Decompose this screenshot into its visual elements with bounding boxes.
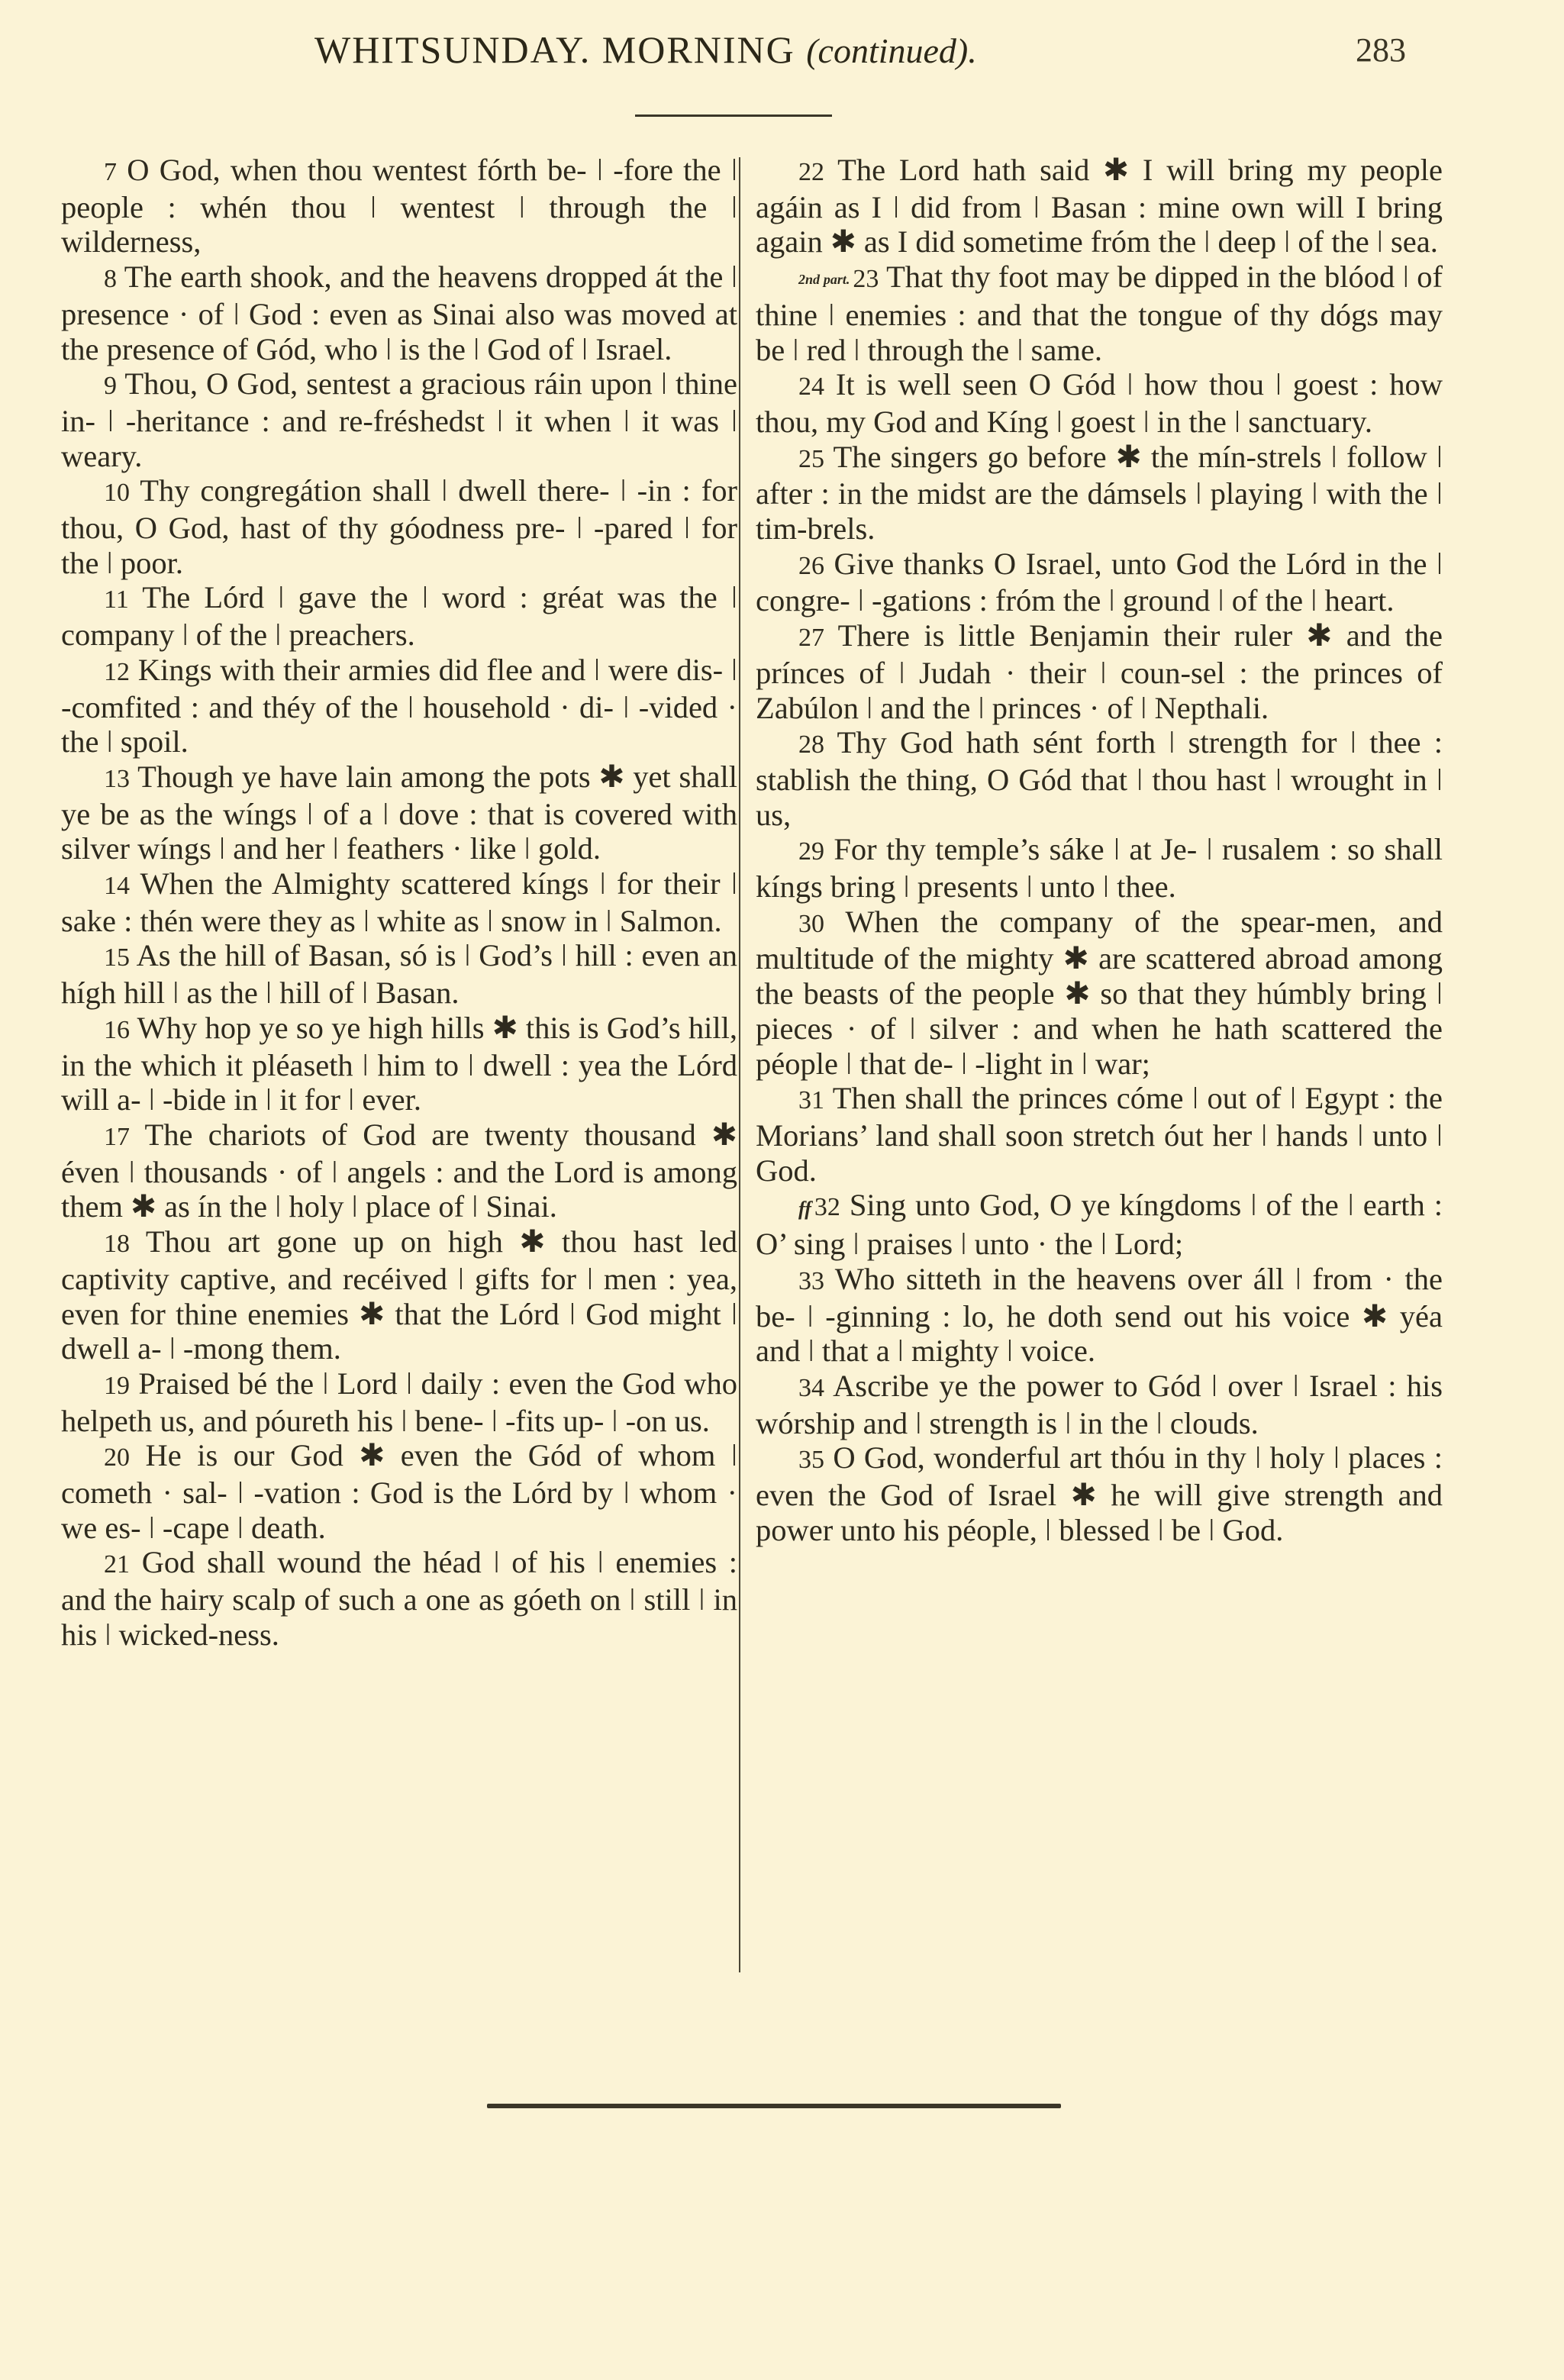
verse-text: The earth shook, and the heavens dropped…	[61, 260, 737, 366]
verse-number: 33	[798, 1267, 824, 1295]
psalm-verse: 22 The Lord hath said ✱ I will bring my …	[756, 153, 1443, 260]
psalm-verse: 29 For thy temple’s sáke ǀ at Je- ǀ rusa…	[756, 832, 1443, 904]
verse-number: 22	[798, 158, 824, 186]
verse-text: Why hop ye so ye high hills ✱ this is Go…	[61, 1011, 737, 1117]
verse-text: Then shall the princes cóme ǀ out of ǀ E…	[756, 1081, 1443, 1187]
verse-number: 19	[104, 1372, 130, 1400]
verse-number: 25	[798, 445, 824, 473]
verse-number: 12	[104, 658, 130, 686]
psalm-verse: 21 God shall wound the héad ǀ of his ǀ e…	[61, 1545, 737, 1652]
psalm-verse: 25 The singers go before ✱ the mín-strel…	[756, 440, 1443, 547]
verse-text: O God, when thou wentest fórth be- ǀ -fo…	[61, 153, 737, 259]
verse-text: Thou art gone up on high ✱ thou hast led…	[61, 1224, 737, 1366]
verse-number: 10	[104, 479, 130, 507]
verse-number: 28	[798, 730, 824, 759]
verse-text: Who sitteth in the heavens over áll ǀ fr…	[756, 1262, 1443, 1368]
verse-text: Praised bé the ǀ Lord ǀ daily : even the…	[61, 1366, 737, 1438]
verse-mark: 2nd part.	[798, 272, 850, 287]
psalm-verse: 20 He is our God ✱ even the Gód of whom …	[61, 1438, 737, 1545]
psalm-verse: 18 Thou art gone up on high ✱ thou hast …	[61, 1224, 737, 1366]
verse-text: As the hill of Basan, só is ǀ God’s ǀ hi…	[61, 938, 737, 1010]
verse-text: Sing unto God, O ye kíngdoms ǀ of the ǀ …	[756, 1188, 1443, 1261]
psalm-verse: 24 It is well seen O Gód ǀ how thou ǀ go…	[756, 367, 1443, 439]
verse-text: When the company of the spear-men, and m…	[756, 905, 1443, 1081]
psalm-verse: 11 The Lórd ǀ gave the ǀ word : gréat wa…	[61, 580, 737, 652]
running-title-continued: (continued).	[806, 31, 977, 70]
psalm-verse: 12 Kings with their armies did flee and …	[61, 653, 737, 759]
psalm-verse: 31 Then shall the princes cóme ǀ out of …	[756, 1081, 1443, 1188]
psalm-verse: 28 Thy God hath sént forth ǀ strength fo…	[756, 725, 1443, 832]
verse-text: Thy congregátion shall ǀ dwell there- ǀ …	[61, 473, 737, 579]
verse-number: 34	[798, 1374, 824, 1402]
psalm-verse: 2nd part.23 That thy foot may be dipped …	[756, 260, 1443, 367]
psalm-verse: 19 Praised bé the ǀ Lord ǀ daily : even …	[61, 1366, 737, 1438]
verse-text: Though ye have lain among the pots ✱ yet…	[61, 759, 737, 866]
verse-text: When the Almighty scattered kíngs ǀ for …	[61, 866, 737, 938]
running-title-main: WHITSUNDAY. MORNING	[314, 28, 806, 71]
verse-mark: ff	[798, 1198, 811, 1220]
psalm-verse: 17 The chariots of God are twenty thousa…	[61, 1117, 737, 1224]
verse-number: 31	[798, 1086, 824, 1114]
psalm-verse: 8 The earth shook, and the heavens dropp…	[61, 260, 737, 366]
footer-rule	[487, 2104, 1061, 2108]
verse-text: Thy God hath sént forth ǀ strength for ǀ…	[756, 725, 1443, 831]
verse-text: Give thanks O Israel, unto God the Lórd …	[756, 547, 1443, 618]
verse-text: God shall wound the héad ǀ of his ǀ enem…	[61, 1545, 737, 1651]
page-header: WHITSUNDAY. MORNING (continued). 283	[0, 27, 1564, 89]
verse-text: He is our God ✱ even the Gód of whom ǀ c…	[61, 1438, 737, 1544]
verse-text: Ascribe ye the power to Gód ǀ over ǀ Isr…	[756, 1369, 1443, 1440]
verse-number: 9	[104, 372, 117, 400]
verse-number: 14	[104, 872, 130, 900]
verse-text: The chariots of God are twenty thousand …	[61, 1117, 737, 1224]
psalm-verse: 34 Ascribe ye the power to Gód ǀ over ǀ …	[756, 1369, 1443, 1440]
verse-text: The Lord hath said ✱ I will bring my peo…	[756, 153, 1443, 259]
running-title: WHITSUNDAY. MORNING (continued).	[314, 27, 977, 72]
psalm-verse: 27 There is little Benjamin their ruler …	[756, 618, 1443, 725]
verse-text: Kings with their armies did flee and ǀ w…	[61, 653, 737, 759]
verse-text: It is well seen O Gód ǀ how thou ǀ goest…	[756, 367, 1443, 439]
verse-number: 17	[104, 1123, 130, 1151]
header-rule	[635, 114, 832, 117]
verse-number: 26	[798, 552, 824, 580]
psalm-verse: 26 Give thanks O Israel, unto God the Ló…	[756, 547, 1443, 618]
psalm-verse: 35 O God, wonderful art thóu in thy ǀ ho…	[756, 1440, 1443, 1547]
verse-number: 27	[798, 624, 824, 652]
verse-number: 23	[853, 265, 879, 293]
right-column: 22 The Lord hath said ✱ I will bring my …	[756, 153, 1443, 1547]
verse-text: O God, wonderful art thóu in thy ǀ holy …	[756, 1440, 1443, 1546]
verse-number: 15	[104, 943, 130, 972]
verse-number: 13	[104, 765, 130, 793]
column-divider	[739, 157, 740, 1972]
verse-number: 32	[814, 1193, 840, 1221]
psalm-verse: 7 O God, when thou wentest fórth be- ǀ -…	[61, 153, 737, 260]
verse-text: For thy temple’s sáke ǀ at Je- ǀ rusalem…	[756, 832, 1443, 904]
psalm-verse: 30 When the company of the spear-men, an…	[756, 905, 1443, 1082]
psalm-verse: 15 As the hill of Basan, só is ǀ God’s ǀ…	[61, 938, 737, 1010]
psalm-verse: 33 Who sitteth in the heavens over áll ǀ…	[756, 1262, 1443, 1369]
page-number: 283	[1356, 31, 1406, 69]
verse-text: Thou, O God, sentest a gracious ráin upo…	[61, 366, 737, 472]
psalm-verse: ff32 Sing unto God, O ye kíngdoms ǀ of t…	[756, 1188, 1443, 1261]
verse-number: 29	[798, 837, 824, 866]
verse-number: 24	[798, 372, 824, 401]
verse-number: 18	[104, 1230, 130, 1258]
verse-number: 30	[798, 910, 824, 938]
left-column: 7 O God, when thou wentest fórth be- ǀ -…	[61, 153, 737, 1653]
verse-number: 35	[798, 1446, 824, 1474]
verse-number: 20	[104, 1443, 130, 1472]
verse-number: 16	[104, 1016, 130, 1044]
verse-text: There is little Benjamin their ruler ✱ a…	[756, 618, 1443, 724]
psalm-verse: 14 When the Almighty scattered kíngs ǀ f…	[61, 866, 737, 938]
verse-number: 21	[104, 1550, 130, 1579]
psalm-verse: 16 Why hop ye so ye high hills ✱ this is…	[61, 1011, 737, 1117]
verse-text: The singers go before ✱ the mín-strels ǀ…	[756, 440, 1443, 546]
verse-text: The Lórd ǀ gave the ǀ word : gréat was t…	[61, 580, 737, 652]
verse-number: 11	[104, 585, 129, 614]
psalm-verse: 10 Thy congregátion shall ǀ dwell there-…	[61, 473, 737, 580]
psalm-verse: 13 Though ye have lain among the pots ✱ …	[61, 759, 737, 866]
verse-number: 7	[104, 158, 117, 186]
verse-number: 8	[104, 265, 117, 293]
psalm-verse: 9 Thou, O God, sentest a gracious ráin u…	[61, 366, 737, 473]
